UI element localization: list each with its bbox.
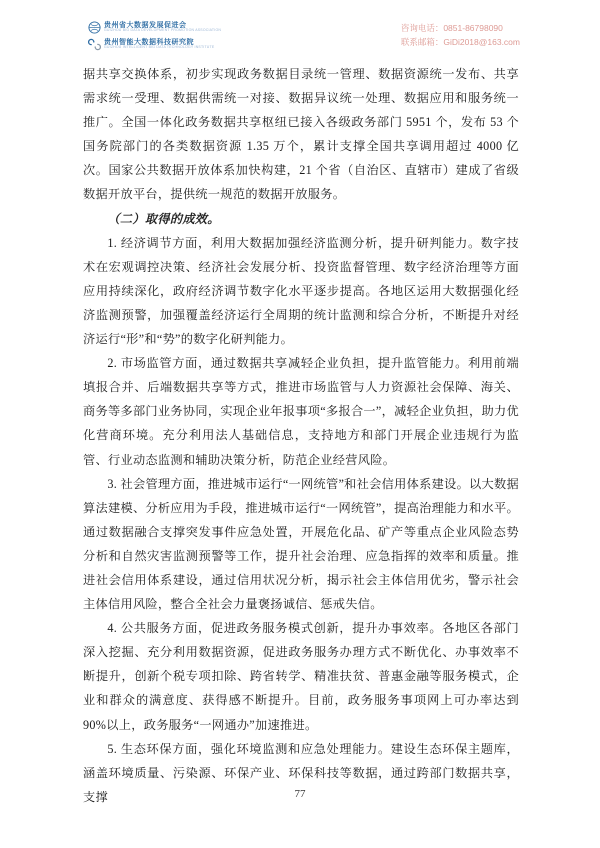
institute-name-en: GUIZHOU INTELLIGENT BIG DATA TECHNOLOGY … [104,46,214,50]
page-number: 77 [295,788,306,800]
paragraph-public-service: 4. 公共服务方面，促进政务服务模式创新，提升办事效率。各地区各部门深入挖掘、充… [83,616,519,736]
email-address: GiDi2018@163.com [443,37,520,47]
section-heading: （二）取得的成效。 [83,207,519,231]
logo-stack: 贵州省大数据发展促进会 GUIZHOU BIG DATA DEVELOPMENT… [88,21,221,51]
contact-info: 咨询电话：0851-86798090 联系邮箱：GiDi2018@163.com [401,21,520,49]
phone-label: 咨询电话： [401,23,444,33]
paragraph-social-governance: 3. 社会管理方面，推进城市运行“一网统管”和社会信用体系建设。以大数据算法建模… [83,472,519,617]
association-name-en: GUIZHOU BIG DATA DEVELOPMENT PROMOTION A… [104,29,221,33]
document-page: 贵州省大数据发展促进会 GUIZHOU BIG DATA DEVELOPMENT… [0,0,600,848]
contact-phone: 咨询电话：0851-86798090 [401,21,520,35]
paragraph-continuation: 据共享交换体系，初步实现政务数据目录统一管理、数据资源统一发布、共享需求统一受理… [83,62,519,207]
page-header: 贵州省大数据发展促进会 GUIZHOU BIG DATA DEVELOPMENT… [88,21,520,51]
email-label: 联系邮箱： [401,37,444,47]
page-footer: 77 [0,788,600,800]
document-body: 据共享交换体系，初步实现政务数据目录统一管理、数据资源统一发布、共享需求统一受理… [83,62,519,809]
paragraph-market-regulation: 2. 市场监管方面，通过数据共享减轻企业负担，提升监管能力。利用前端填报合并、后… [83,351,519,471]
contact-email: 联系邮箱：GiDi2018@163.com [401,35,520,49]
phone-number: 0851-86798090 [443,23,503,33]
swirl-icon [88,38,101,51]
paragraph-economy: 1. 经济调节方面，利用大数据加强经济监测分析，提升研判能力。数字技术在宏观调控… [83,231,519,351]
globe-icon [88,21,101,34]
logo-institute: 贵州智能大数据科技研究院 GUIZHOU INTELLIGENT BIG DAT… [88,38,221,51]
logo-association: 贵州省大数据发展促进会 GUIZHOU BIG DATA DEVELOPMENT… [88,21,221,34]
